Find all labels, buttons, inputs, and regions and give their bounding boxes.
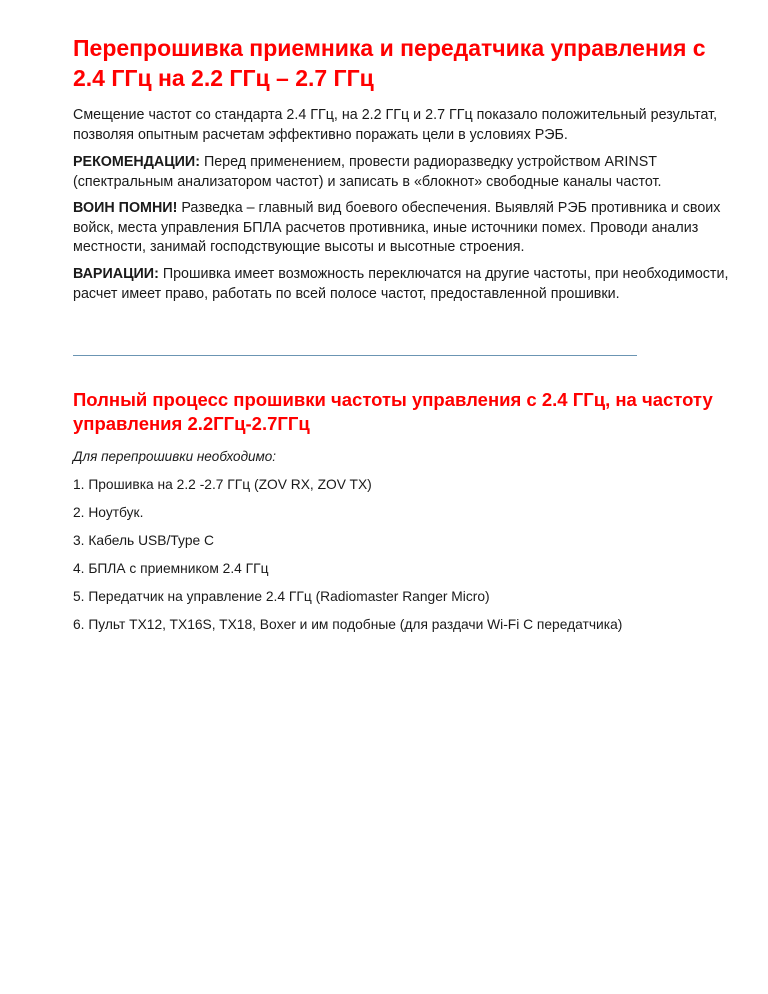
paragraph-label: ВАРИАЦИИ: (73, 266, 159, 282)
section-title: Полный процесс прошивки частоты управлен… (73, 388, 733, 436)
document-title: Перепрошивка приемника и передатчика упр… (73, 33, 713, 93)
section-divider (73, 355, 637, 356)
paragraph-text: Смещение частот со стандарта 2.4 ГГц, на… (73, 107, 717, 143)
section-intro: Для перепрошивки необходимо: (73, 448, 276, 466)
list-item: 2. Ноутбук. (73, 504, 622, 522)
paragraph-recommendations: РЕКОМЕНДАЦИИ: Перед применением, провест… (73, 153, 745, 192)
list-item: 4. БПЛА с приемником 2.4 ГГц (73, 560, 622, 578)
requirements-list: 1. Прошивка на 2.2 -2.7 ГГц (ZOV RX, ZOV… (73, 476, 622, 644)
list-item: 1. Прошивка на 2.2 -2.7 ГГц (ZOV RX, ZOV… (73, 476, 622, 494)
paragraph-label: РЕКОМЕНДАЦИИ: (73, 154, 200, 170)
list-item: 3. Кабель USB/Type C (73, 532, 622, 550)
paragraph-text: Прошивка имеет возможность переключатся … (73, 266, 728, 302)
paragraph-label: ВОИН ПОМНИ! (73, 200, 177, 216)
paragraph-variations: ВАРИАЦИИ: Прошивка имеет возможность пер… (73, 265, 745, 304)
paragraph-intro: Смещение частот со стандарта 2.4 ГГц, на… (73, 106, 745, 145)
list-item: 6. Пульт TX12, TX16S, TX18, Boxer и им п… (73, 616, 622, 634)
paragraph-warrior-remember: ВОИН ПОМНИ! Разведка – главный вид боево… (73, 199, 745, 258)
list-item: 5. Передатчик на управление 2.4 ГГц (Rad… (73, 588, 622, 606)
